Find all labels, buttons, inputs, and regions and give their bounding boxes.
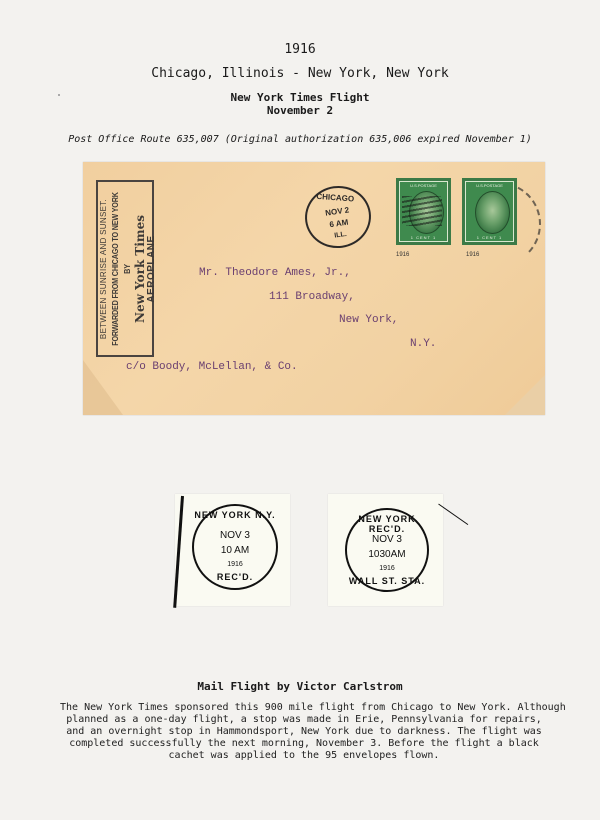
- page-year: 1916: [0, 42, 600, 57]
- description-line: planned as a one-day flight, a stop was …: [60, 714, 548, 726]
- receiving-postmark: NEW YORK N.Y. NOV 3 10 AM 1916 REC'D.: [192, 504, 278, 590]
- description-line: completed successfully the next morning,…: [60, 738, 548, 750]
- postmark-date: NOV 3: [194, 530, 276, 541]
- stamp-top-text: U.S.POSTAGE: [400, 183, 447, 188]
- cachet-line-4: AEROPLANE: [146, 183, 158, 355]
- postmark-time: 10 AM: [194, 545, 276, 556]
- postmark-year: 1916: [347, 565, 427, 572]
- washington-portrait-icon: [475, 191, 510, 234]
- postmark-arc-top: NEW YORK REC'D.: [347, 514, 427, 534]
- envelope-corner-fold: [83, 360, 123, 415]
- receiving-postmark: NEW YORK REC'D. NOV 3 1030AM 1916 WALL S…: [345, 508, 429, 592]
- stamp-bottom-text: 1 CENT 1: [466, 235, 513, 240]
- address-street: 111 Broadway,: [269, 291, 355, 303]
- postmark-date: NOV 3: [347, 534, 427, 545]
- description-line: The New York Times sponsored this 900 mi…: [60, 702, 548, 714]
- post-office-route: Post Office Route 635,007 (Original auth…: [0, 134, 600, 145]
- backstamp-clipping-2: NEW YORK REC'D. NOV 3 1030AM 1916 WALL S…: [328, 494, 443, 606]
- cachet-line-2: FORWARDED FROM CHICAGO TO NEW YORK BY: [110, 191, 134, 346]
- postmark-year: 1916: [466, 252, 479, 258]
- cachet-line-1: BETWEEN SUNRISE AND SUNSET.: [98, 183, 110, 355]
- postmark-time: 1030AM: [347, 549, 427, 560]
- cachet-line-3: New York Times: [134, 183, 146, 355]
- description-line: and an overnight stop in Hammondsport, N…: [60, 726, 548, 738]
- flight-name: New York Times Flight: [0, 91, 600, 104]
- description-line: cachet was applied to the 95 envelopes f…: [60, 750, 548, 762]
- chicago-postmark: CHICAGO NOV 2 6 AM ILL.: [301, 182, 375, 253]
- postmark-city: CHICAGO: [304, 191, 366, 204]
- postmark-year: 1916: [396, 252, 409, 258]
- flown-cover-envelope: BETWEEN SUNRISE AND SUNSET. FORWARDED FR…: [83, 162, 545, 415]
- postmark-arc-bottom: WALL ST. STA.: [347, 576, 427, 586]
- envelope-corner-fold: [505, 375, 545, 415]
- stamp-top-text: U.S.POSTAGE: [466, 183, 513, 188]
- postmark-arc-bottom: REC'D.: [194, 572, 276, 582]
- cancellation-bars: [402, 196, 442, 226]
- address-name: Mr. Theodore Ames, Jr.,: [199, 267, 351, 279]
- flight-date: November 2: [0, 104, 600, 117]
- stamp-one-cent-washington: U.S.POSTAGE 1 CENT 1: [396, 178, 451, 245]
- envelope-edge-line: [438, 504, 468, 525]
- envelope-edge-line: [173, 496, 184, 608]
- description-body: The New York Times sponsored this 900 mi…: [60, 702, 548, 762]
- stamp-one-cent-washington: U.S.POSTAGE 1 CENT 1: [462, 178, 517, 245]
- postmark-arc-top: NEW YORK N.Y.: [194, 510, 276, 520]
- flight-title: New York Times Flight November 2: [0, 91, 600, 117]
- postmark-year: 1916: [194, 561, 276, 568]
- address-city: New York,: [339, 314, 398, 326]
- backstamp-clipping-1: NEW YORK N.Y. NOV 3 10 AM 1916 REC'D.: [175, 494, 290, 606]
- description-title: Mail Flight by Victor Carlstrom: [0, 680, 600, 693]
- route-title: Chicago, Illinois - New York, New York: [0, 66, 600, 81]
- address-care-of: c/o Boody, McLellan, & Co.: [126, 361, 298, 373]
- stamp-bottom-text: 1 CENT 1: [400, 235, 447, 240]
- aeroplane-cachet: BETWEEN SUNRISE AND SUNSET. FORWARDED FR…: [96, 180, 154, 357]
- address-state: N.Y.: [410, 338, 436, 350]
